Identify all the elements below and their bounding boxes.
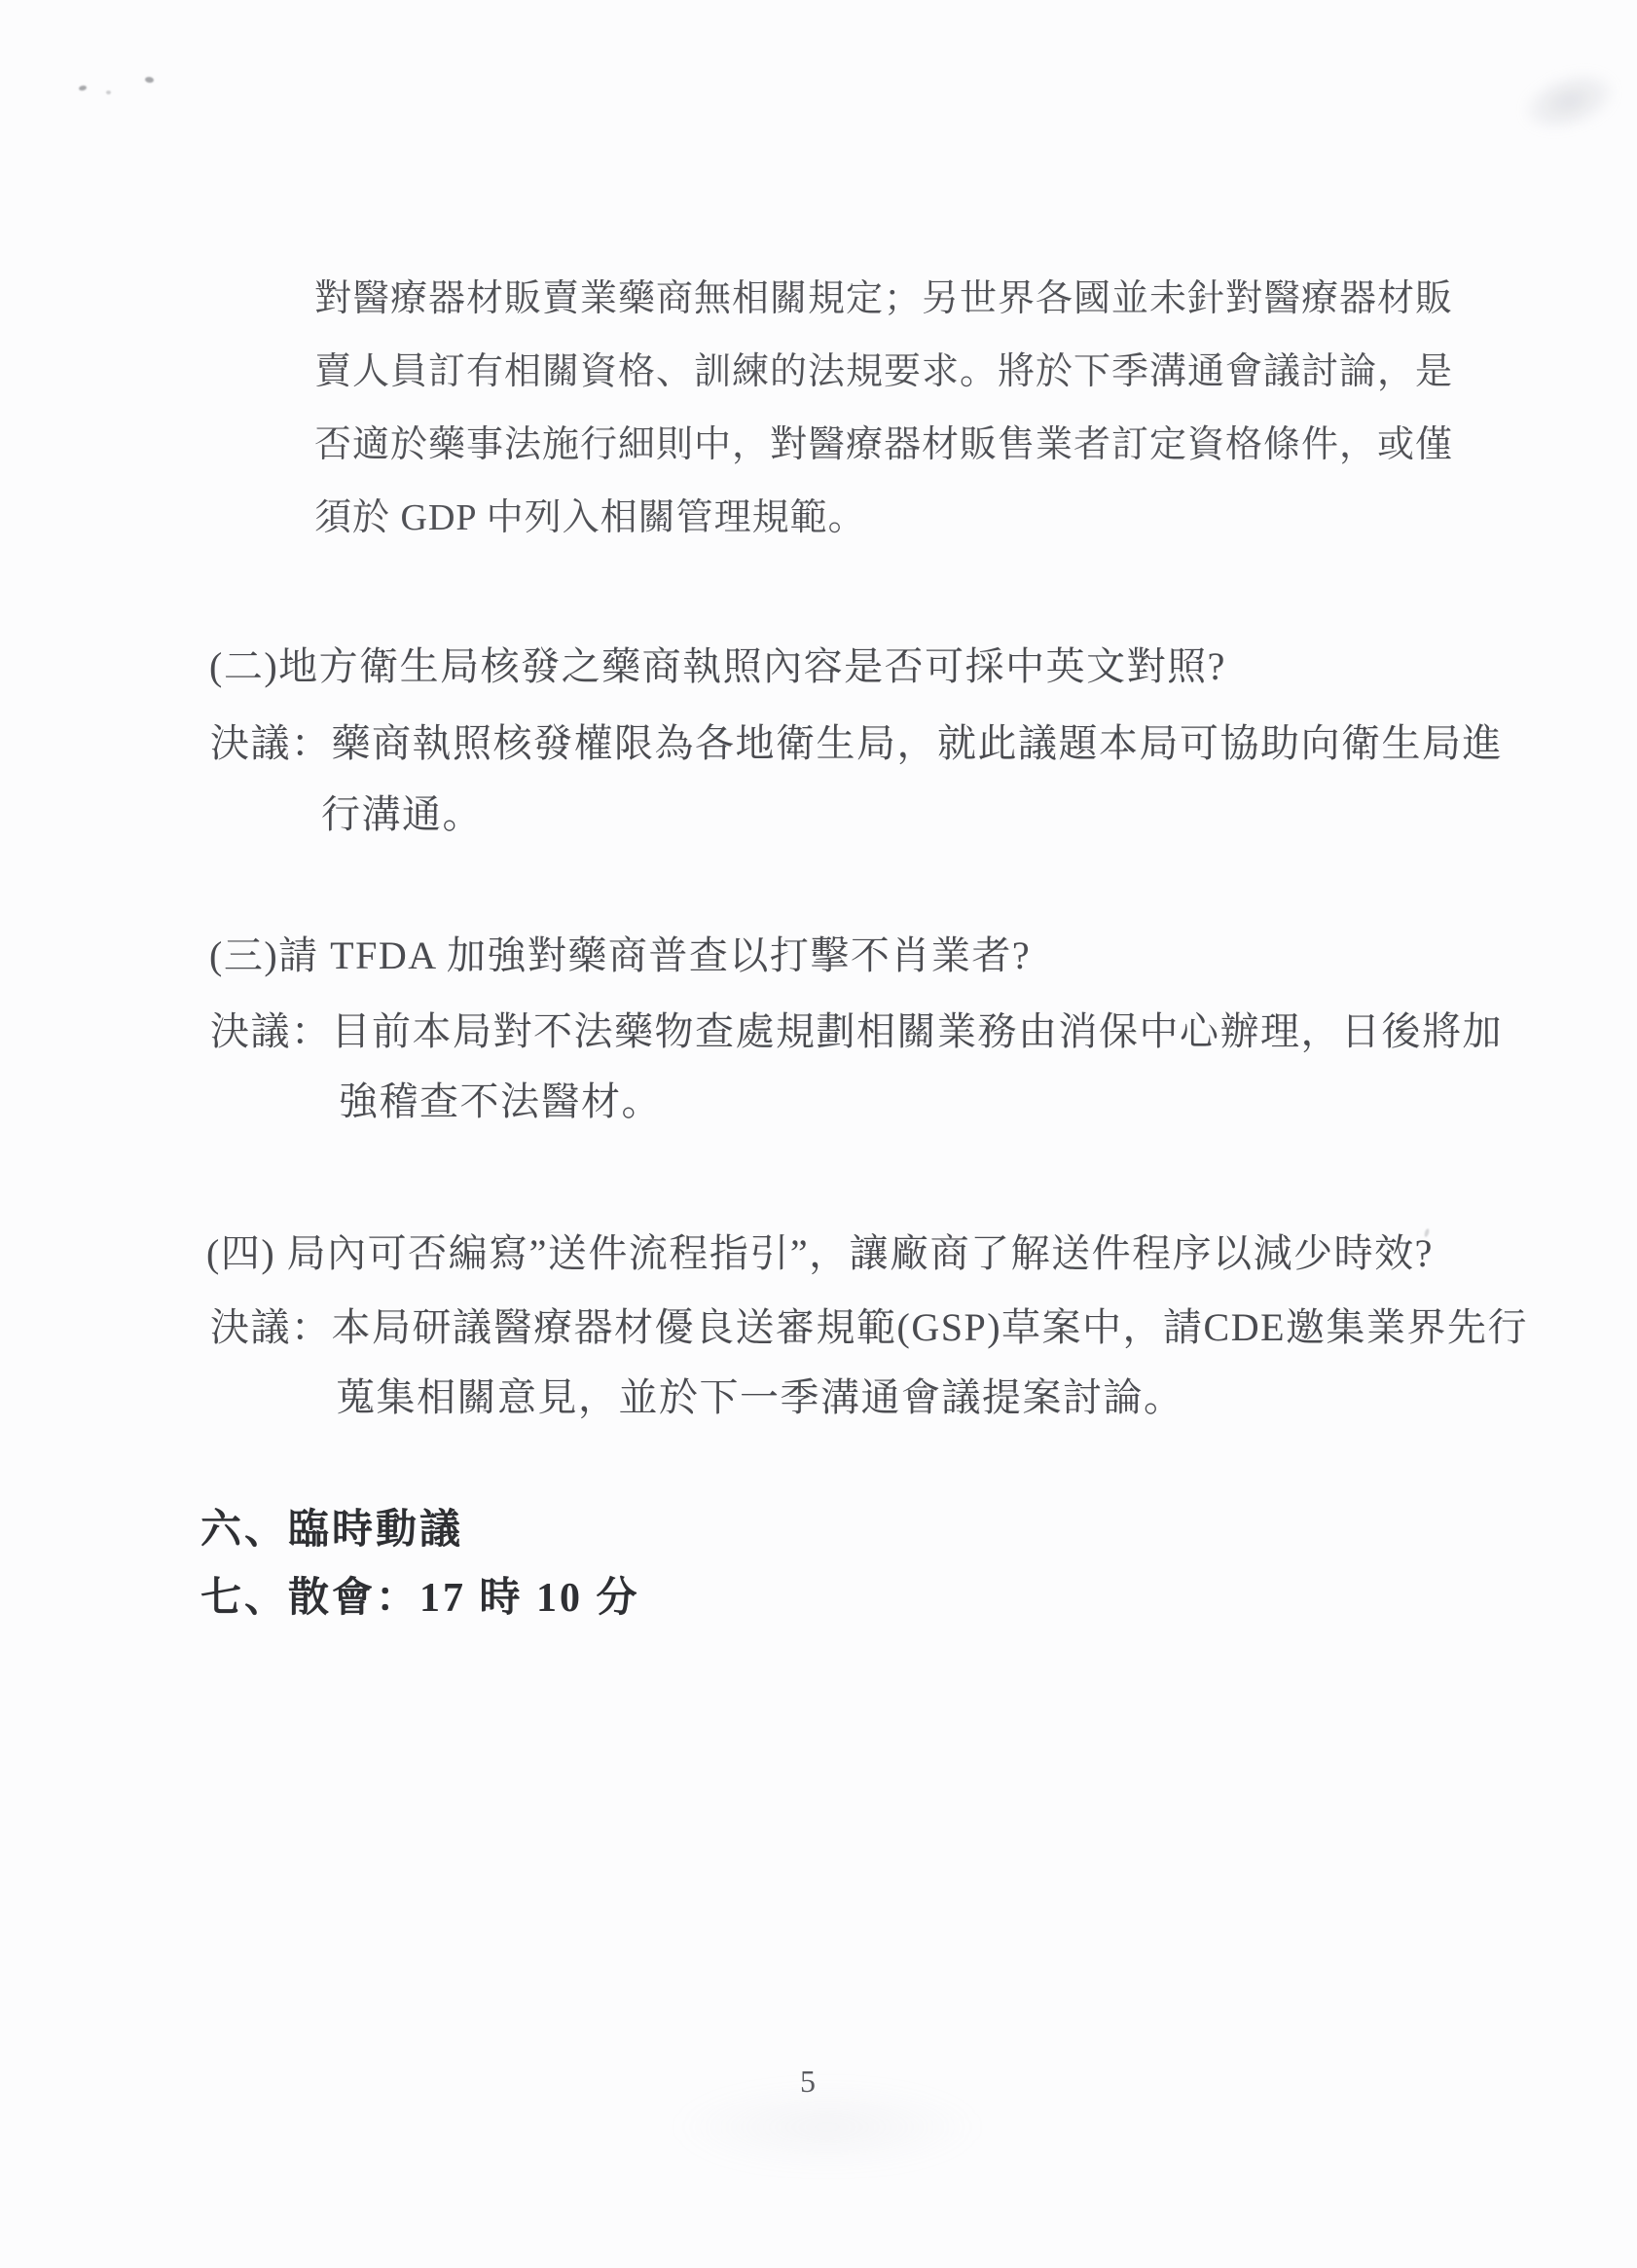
page-number: 5 xyxy=(800,2064,816,2100)
item-3-question: (三)請 TFDA 加強對藥商普查以打擊不肖業者? xyxy=(209,936,1031,975)
item-2-question: (二)地方衛生局核發之藥商執照內容是否可採中英文對照? xyxy=(209,647,1226,686)
item-4-resolution-line-2: 蒐集相關意見，並於下一季溝通會議提案討論。 xyxy=(336,1378,1184,1417)
item-3-resolution-line-2: 強稽查不法醫材。 xyxy=(339,1082,662,1121)
scan-speck xyxy=(79,85,88,91)
item-3-resolution-line-1: 決議：目前本局對不法藥物查處規劃相關業務由消保中心辦理，日後將加 xyxy=(210,1012,1503,1051)
continuation-paragraph-line-3: 否適於藥事法施行細則中，對醫療器材販售業者訂定資格條件，或僅 xyxy=(314,426,1453,463)
heading-section-6: 六、臨時動議 xyxy=(200,1510,463,1551)
scan-speck xyxy=(106,91,111,94)
scanned-document-page: 對醫療器材販賣業藥商無相關規定；另世界各國並未針對醫療器材販 賣人員訂有相關資格… xyxy=(0,0,1637,2268)
item-4-resolution-line-1: 決議：本局研議醫療器材優良送審規範(GSP)草案中，請CDE邀集業界先行 xyxy=(210,1308,1528,1347)
heading-section-7: 七、散會：17 時 10 分 xyxy=(200,1578,640,1619)
item-2-resolution-line-1: 決議：藥商執照核發權限為各地衛生局，就此議題本局可協助向衛生局進 xyxy=(210,724,1503,763)
scan-smudge xyxy=(672,2083,983,2171)
scan-smudge xyxy=(1517,63,1620,140)
continuation-paragraph-line-2: 賣人員訂有相關資格、訓練的法規要求。將於下季溝通會議討論，是 xyxy=(314,353,1453,390)
item-2-resolution-line-2: 行溝通。 xyxy=(321,795,483,834)
continuation-paragraph-line-4: 須於 GDP 中列入相關管理規範。 xyxy=(314,499,866,536)
scan-speck xyxy=(145,76,155,83)
item-4-question: (四) 局內可否編寫”送件流程指引”，讓廠商了解送件程序以減少時效? xyxy=(206,1234,1434,1273)
continuation-paragraph-line-1: 對醫療器材販賣業藥商無相關規定；另世界各國並未針對醫療器材販 xyxy=(314,280,1453,317)
